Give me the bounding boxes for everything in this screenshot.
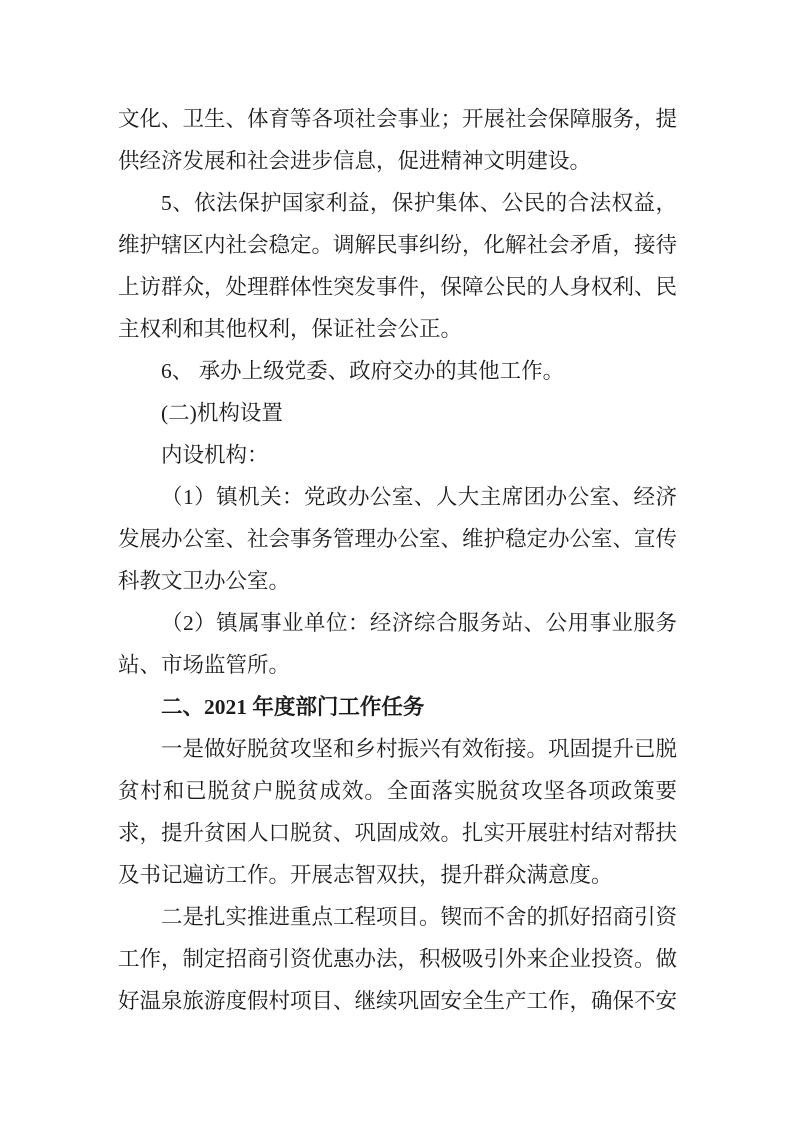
task-paragraph-2: 二是扎实推进重点工程项目。锲而不舍的抓好招商引资工作，制定招商引资优惠办法，积极…	[118, 896, 677, 1022]
org-item-1: （1）镇机关：党政办公室、人大主席团办公室、经济发展办公室、社会事务管理办公室、…	[118, 476, 677, 602]
duty-item-5: 5、依法保护国家利益，保护集体、公民的合法权益，维护辖区内社会稳定。调解民事纠纷…	[118, 182, 677, 350]
part2-heading: 二、2021 年度部门工作任务	[118, 686, 677, 728]
document-text-block: 文化、卫生、体育等各项社会事业；开展社会保障服务，提供经济发展和社会进步信息，促…	[118, 98, 677, 1022]
internal-orgs-label: 内设机构：	[118, 434, 677, 476]
org-item-2: （2）镇属事业单位：经济综合服务站、公用事业服务站、市场监管所。	[118, 602, 677, 686]
duty-item-6: 6、 承办上级党委、政府交办的其他工作。	[118, 350, 677, 392]
section-heading-org-setup: (二)机构设置	[118, 392, 677, 434]
task-paragraph-1: 一是做好脱贫攻坚和乡村振兴有效衔接。巩固提升已脱贫村和已脱贫户脱贫成效。全面落实…	[118, 728, 677, 896]
document-page: 文化、卫生、体育等各项社会事业；开展社会保障服务，提供经济发展和社会进步信息，促…	[0, 0, 793, 1122]
continuation-paragraph: 文化、卫生、体育等各项社会事业；开展社会保障服务，提供经济发展和社会进步信息，促…	[118, 98, 677, 182]
